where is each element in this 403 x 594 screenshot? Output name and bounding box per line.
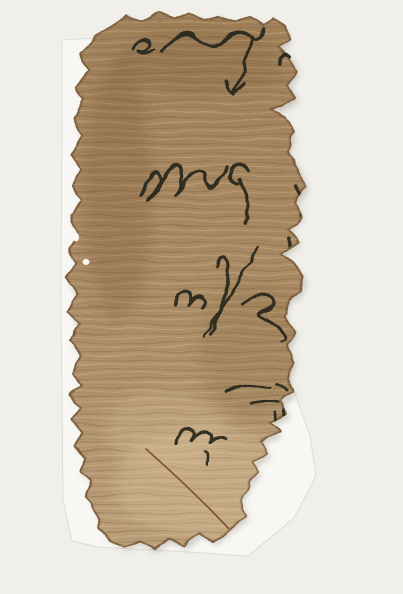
papyrus-photograph — [0, 0, 403, 594]
fragment-hole — [73, 233, 79, 242]
fragment-hole — [83, 259, 90, 265]
papyrus-scene — [0, 0, 403, 594]
